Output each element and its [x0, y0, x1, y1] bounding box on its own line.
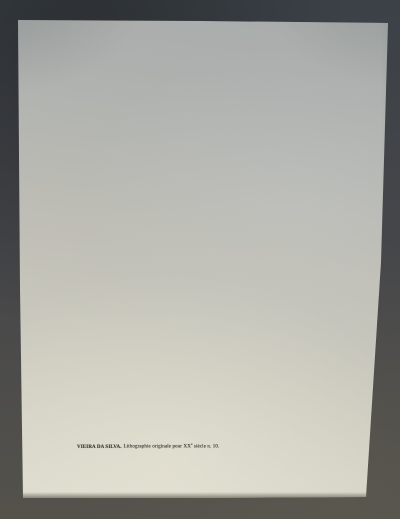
caption-text-part2: siècle n. 10. — [193, 445, 220, 450]
paper-sheet: VIEIRA DA SILVA.Lithographie originale p… — [0, 0, 400, 519]
photo-scene: VIEIRA DA SILVA.Lithographie originale p… — [0, 0, 400, 519]
caption-text-part1: Lithographie originale pour XX — [124, 445, 191, 450]
paper-bottom-edge-shadow — [18, 492, 370, 499]
caption-artist-name: VIEIRA DA SILVA. — [77, 445, 122, 450]
caption: VIEIRA DA SILVA.Lithographie originale p… — [77, 441, 307, 451]
